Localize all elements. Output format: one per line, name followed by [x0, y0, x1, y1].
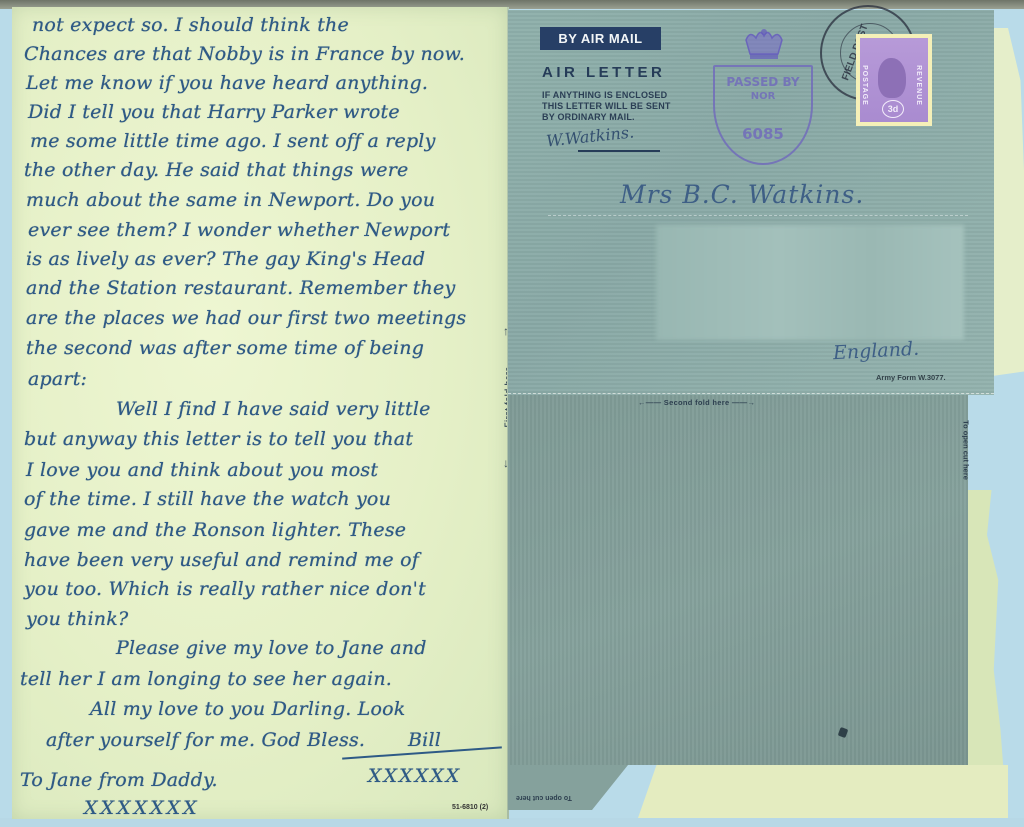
- letter-line: much about the same in Newport. Do you: [26, 189, 435, 211]
- letter-line: have been very useful and remind me of: [24, 549, 419, 571]
- letter-line: Well I find I have said very little: [116, 398, 431, 420]
- handwritten-letter-page: not expect so. I should think the Chance…: [12, 7, 507, 819]
- stamp-postage-text: POSTAGE: [861, 65, 868, 106]
- letter-line: but anyway this letter is to tell you th…: [24, 428, 413, 450]
- letter-line: Chances are that Nobby is in France by n…: [24, 43, 465, 65]
- air-letter-title: AIR LETTER: [542, 64, 665, 81]
- postage-stamp: POSTAGE REVENUE 3d: [856, 34, 932, 126]
- torn-flap-bottom: [638, 765, 1008, 818]
- enclosure-notice: IF ANYTHING IS ENCLOSED THIS LETTER WILL…: [542, 90, 702, 123]
- stamp-revenue-text: REVENUE: [915, 65, 922, 106]
- recipient-country: England.: [832, 338, 919, 364]
- letter-kisses: XXXXXXX: [84, 797, 200, 819]
- letter-line: after yourself for me. God Bless.: [46, 729, 365, 751]
- army-form-number: Army Form W.3077.: [876, 373, 946, 382]
- lower-panel-tail: [508, 765, 628, 810]
- signature-underline: [578, 150, 660, 152]
- cut-here-bottom-label: To open cut here: [516, 794, 572, 801]
- air-mail-badge: BY AIR MAIL: [540, 27, 661, 50]
- redacted-address: [656, 225, 964, 340]
- letter-line: me some little time ago. I sent off a re…: [30, 130, 436, 152]
- cut-here-label: To open cut here: [962, 420, 971, 480]
- letter-line: is as lively as ever? The gay King's Hea…: [26, 248, 425, 270]
- letter-line: I love you and think about you most: [26, 459, 378, 481]
- letter-line: apart:: [28, 368, 87, 390]
- letter-line: Let me know if you have heard anything.: [26, 72, 428, 94]
- notice-line: BY ORDINARY MAIL.: [542, 112, 702, 123]
- letter-kisses: XXXXXX: [368, 765, 461, 787]
- air-letter-front: BY AIR MAIL AIR LETTER IF ANYTHING IS EN…: [508, 10, 993, 818]
- second-fold-marker: ←—— Second fold here ——→: [638, 398, 755, 407]
- letter-line: Please give my love to Jane and: [116, 637, 427, 659]
- letter-line: not expect so. I should think the: [32, 14, 349, 36]
- notice-line: IF ANYTHING IS ENCLOSED: [542, 90, 702, 101]
- arrow-right-icon: ——→: [732, 398, 755, 407]
- stamp-value: 3d: [882, 100, 904, 118]
- letter-line: the other day. He said that things were: [24, 159, 408, 181]
- letter-line: tell her I am longing to see her again.: [20, 668, 392, 690]
- stamp-face: POSTAGE REVENUE 3d: [860, 38, 928, 122]
- address-line: [548, 215, 968, 216]
- letter-postscript: To Jane from Daddy.: [20, 769, 218, 791]
- letter-line: and the Station restaurant. Remember the…: [26, 277, 455, 299]
- letter-line: of the time. I still have the watch you: [24, 488, 391, 510]
- letter-line: you think?: [26, 608, 128, 630]
- recipient-name: Mrs B.C. Watkins.: [620, 180, 864, 209]
- letter-line: the second was after some time of being: [26, 337, 424, 359]
- cut-here-marker: To open cut here: [960, 410, 972, 490]
- crown-icon: [742, 26, 786, 62]
- censor-line-1: PASSED BY: [715, 75, 811, 89]
- notice-line: THIS LETTER WILL BE SENT: [542, 101, 702, 112]
- censor-line-2: NOR: [715, 91, 811, 102]
- photo-bottom-edge: [0, 818, 1024, 827]
- letter-line: All my love to you Darling. Look: [90, 698, 405, 720]
- letter-line: you too. Which is really rather nice don…: [24, 578, 426, 600]
- letter-line: are the places we had our first two meet…: [26, 307, 466, 329]
- king-portrait-icon: [878, 58, 906, 98]
- letter-line: ever see them? I wonder whether Newport: [28, 219, 450, 241]
- letter-line: gave me and the Ronson lighter. These: [24, 519, 406, 541]
- form-code: 51-6810 (2): [452, 804, 488, 811]
- arrow-left-icon: ←——: [638, 398, 664, 407]
- lower-panel: [508, 395, 968, 765]
- censor-number: 6085: [715, 125, 811, 143]
- second-fold-label: Second fold here: [664, 398, 730, 407]
- letter-line: Did I tell you that Harry Parker wrote: [28, 101, 400, 123]
- letter-signature: Bill: [408, 729, 441, 751]
